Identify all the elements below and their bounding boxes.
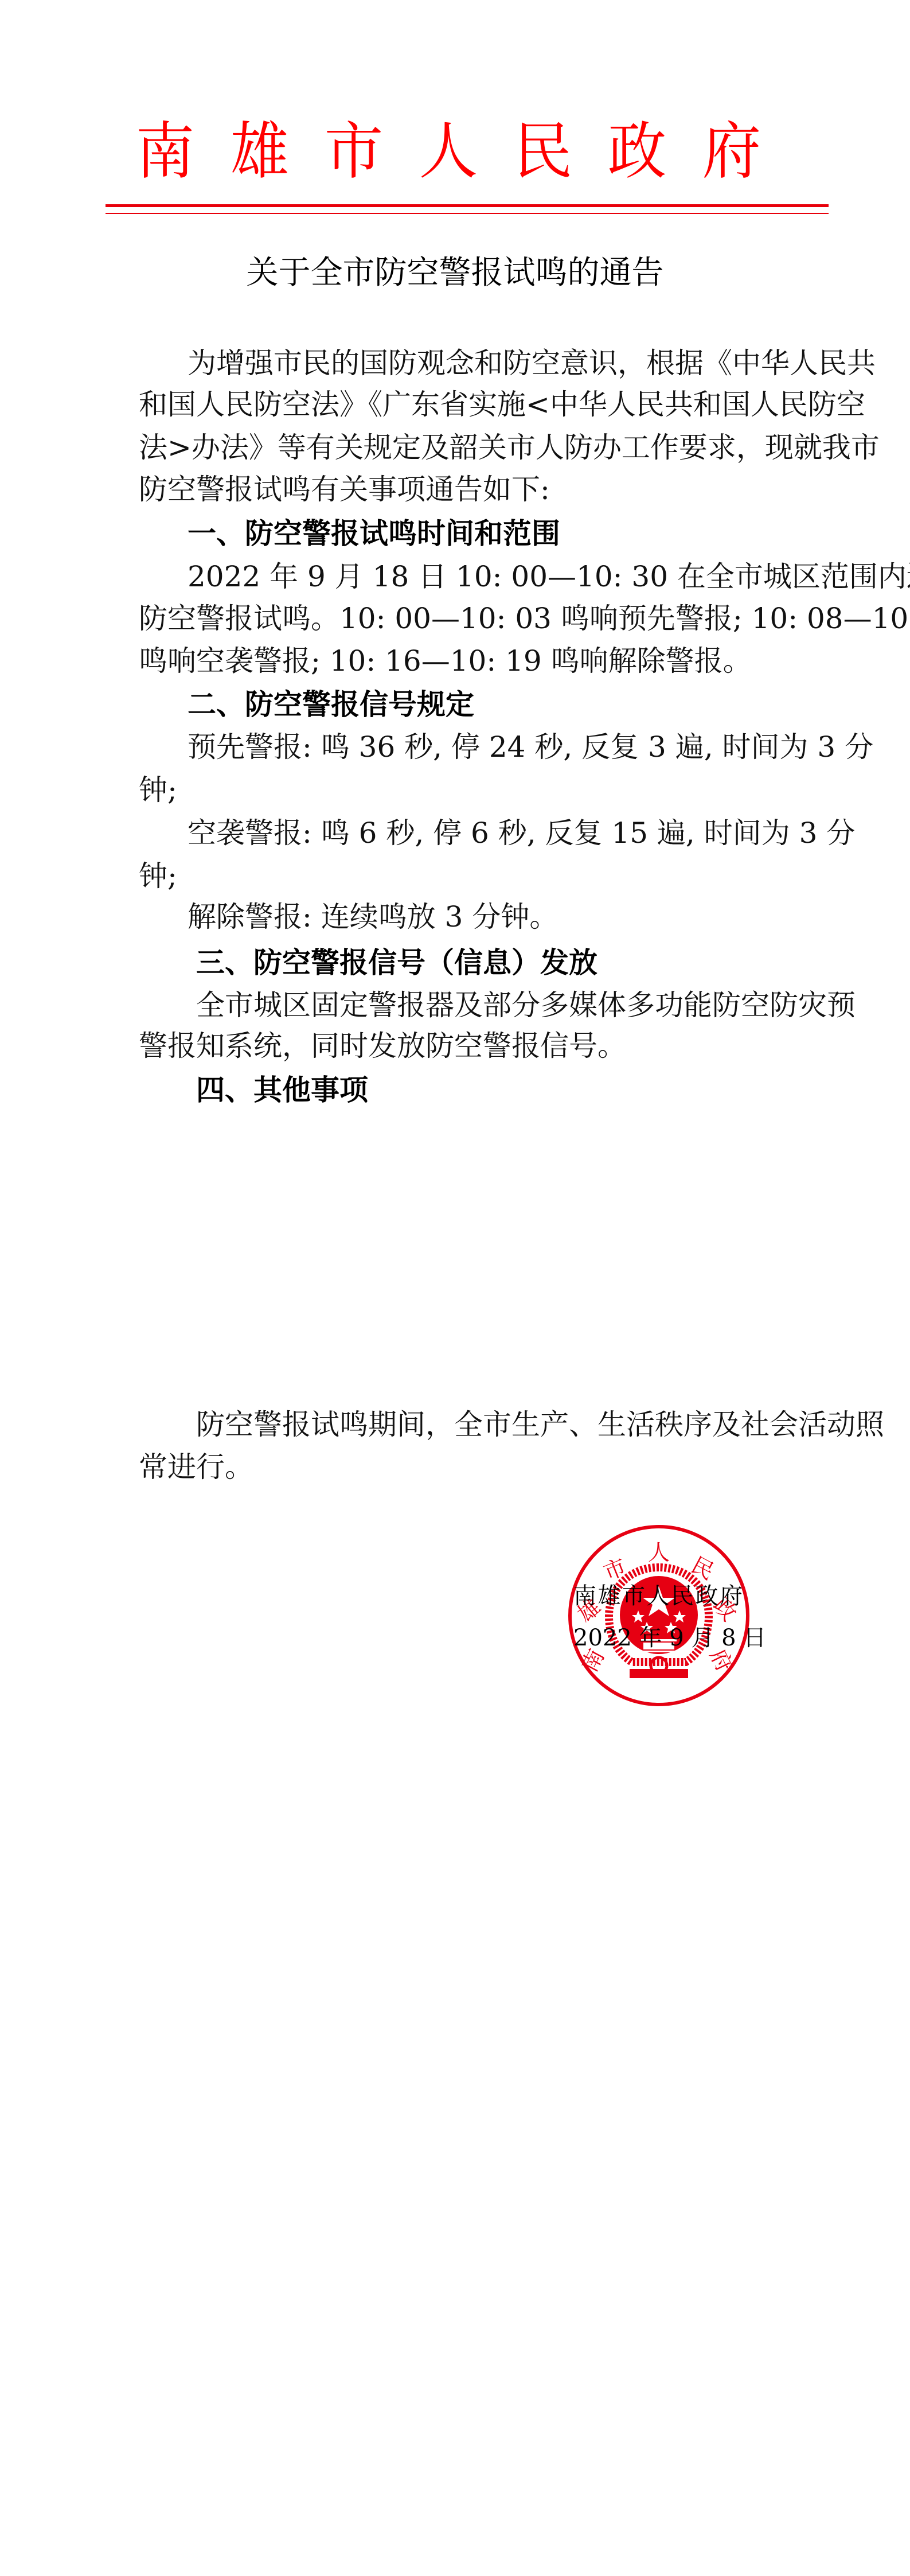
section-heading-4: 四、其他事项 xyxy=(196,1069,827,1111)
closing-line: 常进行。 xyxy=(139,1446,770,1488)
intro-line: 为增强市民的国防观念和防空意识，根据《中华人民共 xyxy=(188,342,770,384)
section-2-line: 钟; xyxy=(139,769,770,811)
masthead-char: 雄 xyxy=(229,115,290,189)
section-heading-3: 三、防空警报信号（信息）发放 xyxy=(196,941,827,984)
masthead-char: 府 xyxy=(701,115,762,189)
closing-line: 防空警报试鸣期间，全市生产、生活秩序及社会活动照 xyxy=(196,1403,770,1446)
document-title: 关于全市防空警报试鸣的通告 xyxy=(0,252,910,294)
section-heading-2: 二、防空警报信号规定 xyxy=(188,683,770,726)
section-2-line: 解除警报: 连续鸣放 3 分钟。 xyxy=(188,896,770,938)
official-seal xyxy=(568,1524,750,1707)
section-1-line: 防空警报试鸣。10: 00—10: 03 鸣响预先警报; 10: 08—10: … xyxy=(139,597,770,640)
section-heading-1: 一、防空警报试鸣时间和范围 xyxy=(188,512,770,555)
issue-date: 2022 年 9 月 8 日 xyxy=(573,1624,743,1652)
intro-line: 防空警报试鸣有关事项通告如下: xyxy=(139,468,770,511)
section-3-line: 全市城区固定警报器及部分多媒体多功能防空防灾预 xyxy=(196,984,770,1026)
red-divider-thick xyxy=(106,204,829,207)
masthead-char: 政 xyxy=(607,115,667,189)
issuer-signature: 南雄市人民政府 xyxy=(573,1582,743,1610)
masthead-char: 人 xyxy=(418,115,479,189)
masthead-char: 民 xyxy=(512,115,573,189)
masthead-title: 南 雄 市 人 民 政 府 xyxy=(133,115,764,189)
red-divider-thin xyxy=(106,213,829,214)
intro-line: 和国人民防空法》《广东省实施<中华人民共和国人民防空 xyxy=(139,383,770,426)
section-2-line: 钟; xyxy=(139,855,770,897)
section-2-line: 预先警报: 鸣 36 秒, 停 24 秒, 反复 3 遍, 时间为 3 分 xyxy=(188,726,770,768)
section-1-line: 2022 年 9 月 18 日 10: 00—10: 30 在全市城区范围内进行 xyxy=(188,555,770,598)
intro-line: 法>办法》等有关规定及韶关市人防办工作要求，现就我市 xyxy=(139,426,770,469)
section-1-line: 鸣响空袭警报; 10: 16—10: 19 鸣响解除警报。 xyxy=(139,640,770,682)
masthead-char: 南 xyxy=(135,115,196,189)
section-3-line: 警报知系统，同时发放防空警报信号。 xyxy=(139,1025,770,1067)
masthead-char: 市 xyxy=(323,115,384,189)
section-2-line: 空袭警报: 鸣 6 秒, 停 6 秒, 反复 15 遍, 时间为 3 分 xyxy=(188,812,770,854)
